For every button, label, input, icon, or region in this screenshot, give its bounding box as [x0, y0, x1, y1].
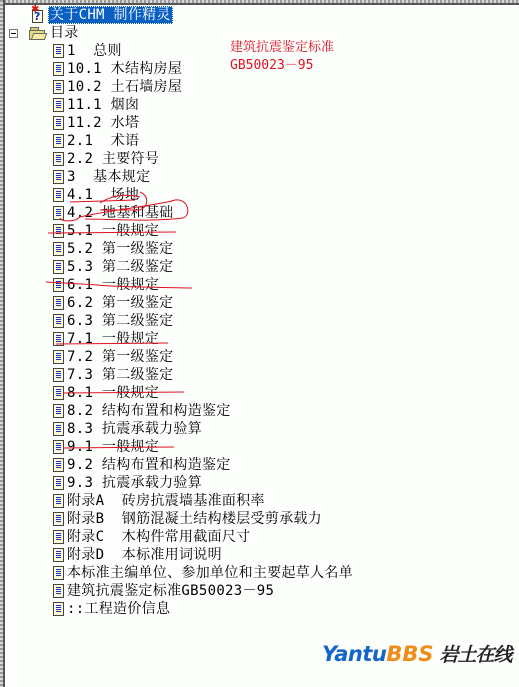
document-page-icon	[53, 566, 64, 580]
tree-item-page[interactable]: 10.1 木结构房屋	[53, 60, 182, 78]
tree-item-label: 附录D 本标准用词说明	[67, 546, 222, 564]
tree-item-label: 5.3 第二级鉴定	[67, 258, 173, 276]
tree-item-label: 6.2 第一级鉴定	[67, 294, 173, 312]
window-left-border	[0, 0, 5, 687]
tree-item-label: 9.3 抗震承载力验算	[67, 474, 202, 492]
tree-item-page[interactable]: 9.1 一般规定	[53, 438, 159, 456]
document-page-icon	[53, 314, 64, 328]
tree-item-page[interactable]: 1 总则	[53, 42, 122, 60]
document-page-icon	[53, 602, 64, 616]
tree-item-about[interactable]: ?✱ 关于CHM 制作精灵	[31, 6, 173, 24]
document-page-icon	[53, 116, 64, 130]
tree-item-label: 5.1 一般规定	[67, 222, 159, 240]
tree-item-label: 9.2 结构布置和构造鉴定	[67, 456, 231, 474]
tree-item-page[interactable]: 7.1 一般规定	[53, 330, 159, 348]
document-page-icon	[53, 476, 64, 490]
document-page-icon	[53, 260, 64, 274]
tree-item-label: 附录B 钢筋混凝土结构楼层受剪承载力	[67, 510, 322, 528]
tree-item-page[interactable]: 2.2 主要符号	[53, 150, 159, 168]
document-page-icon	[53, 134, 64, 148]
document-page-icon	[53, 530, 64, 544]
tree-item-label: 6.1 一般规定	[67, 276, 159, 294]
document-page-icon	[53, 440, 64, 454]
document-page-icon	[53, 332, 64, 346]
open-folder-icon	[29, 27, 46, 40]
tree-item-page[interactable]: 8.3 抗震承载力验算	[53, 420, 202, 438]
tree-item-page[interactable]: 附录D 本标准用词说明	[53, 546, 222, 564]
document-page-icon	[53, 80, 64, 94]
tree-item-label: 8.3 抗震承载力验算	[67, 420, 202, 438]
collapse-toggle-icon[interactable]	[9, 29, 18, 38]
tree-item-page[interactable]: 11.1 烟囱	[53, 96, 139, 114]
document-page-icon	[53, 170, 64, 184]
tree-item-label: 2.1 术语	[67, 132, 139, 150]
tree-item-page[interactable]: 建筑抗震鉴定标准GB50023－95	[53, 582, 274, 600]
tree-item-label: 1 总则	[67, 42, 122, 60]
tree-item-page[interactable]: ::工程造价信息	[53, 600, 170, 618]
tree-item-page[interactable]: 7.3 第二级鉴定	[53, 366, 173, 384]
tree-item-label: 9.1 一般规定	[67, 438, 159, 456]
tree-item-page[interactable]: 本标准主编单位、参加单位和主要起草人名单	[53, 564, 353, 582]
tree-item-label: 关于CHM 制作精灵	[48, 6, 173, 24]
document-page-icon	[53, 206, 64, 220]
tree-item-page[interactable]: 3 基本规定	[53, 168, 150, 186]
tree-item-page[interactable]: 2.1 术语	[53, 132, 139, 150]
annotation-title: 建筑抗震鉴定标准	[230, 40, 334, 56]
tree-item-page[interactable]: 8.2 结构布置和构造鉴定	[53, 402, 231, 420]
tree-item-page[interactable]: 8.1 一般规定	[53, 384, 159, 402]
tree-item-label: 4.1 场地	[67, 186, 139, 204]
tree-item-label: 11.1 烟囱	[67, 96, 139, 114]
tree-item-page[interactable]: 10.2 土石墙房屋	[53, 78, 182, 96]
tree-item-page[interactable]: 5.1 一般规定	[53, 222, 159, 240]
document-page-icon	[53, 386, 64, 400]
document-page-icon	[53, 350, 64, 364]
tree-item-label: 7.3 第二级鉴定	[67, 366, 173, 384]
tree-item-label: 3 基本规定	[67, 168, 150, 186]
tree-item-page[interactable]: 5.3 第二级鉴定	[53, 258, 173, 276]
document-page-icon	[53, 458, 64, 472]
tree-item-page[interactable]: 附录B 钢筋混凝土结构楼层受剪承载力	[53, 510, 322, 528]
tree-item-page[interactable]: 9.2 结构布置和构造鉴定	[53, 456, 231, 474]
tree-item-label: 8.1 一般规定	[67, 384, 159, 402]
tree-item-label: 2.2 主要符号	[67, 150, 159, 168]
tree-item-label: 附录A 砖房抗震墙基准面积率	[67, 492, 265, 510]
tree-item-page[interactable]: 6.2 第一级鉴定	[53, 294, 173, 312]
tree-item-page[interactable]: 11.2 水塔	[53, 114, 139, 132]
document-page-icon	[53, 98, 64, 112]
help-book-icon: ?✱	[31, 7, 45, 23]
document-page-icon	[53, 278, 64, 292]
tree-item-page[interactable]: 6.3 第二级鉴定	[53, 312, 173, 330]
document-page-icon	[53, 584, 64, 598]
tree-item-page[interactable]: 附录C 木构件常用截面尺寸	[53, 528, 251, 546]
tree-item-page[interactable]: 4.2 地基和基础	[53, 204, 173, 222]
tree-item-label: 7.2 第一级鉴定	[67, 348, 173, 366]
tree-item-label: 建筑抗震鉴定标准GB50023－95	[67, 582, 274, 600]
tree-item-label: 附录C 木构件常用截面尺寸	[67, 528, 251, 546]
document-page-icon	[53, 44, 64, 58]
tree-item-label: 本标准主编单位、参加单位和主要起草人名单	[67, 564, 353, 582]
tree-item-label: 5.2 第一级鉴定	[67, 240, 173, 258]
tree-item-page[interactable]: 5.2 第一级鉴定	[53, 240, 173, 258]
tree-item-page[interactable]: 4.1 场地	[53, 186, 139, 204]
document-page-icon	[53, 512, 64, 526]
tree-item-page[interactable]: 9.3 抗震承载力验算	[53, 474, 202, 492]
yantubbs-watermark-logo: Yantu BBS 岩土在线	[322, 640, 511, 667]
tree-item-label: 4.2 地基和基础	[67, 204, 173, 222]
tree-root-label: 目录	[50, 24, 79, 42]
document-page-icon	[53, 368, 64, 382]
window-top-border	[0, 0, 519, 5]
document-page-icon	[53, 242, 64, 256]
tree-item-root[interactable]: 目录	[29, 24, 79, 42]
annotation-code: GB50023－95	[230, 58, 313, 74]
document-page-icon	[53, 152, 64, 166]
tree-item-label: 10.1 木结构房屋	[67, 60, 182, 78]
tree-item-label: 11.2 水塔	[67, 114, 139, 132]
tree-item-page[interactable]: 6.1 一般规定	[53, 276, 159, 294]
document-page-icon	[53, 548, 64, 562]
tree-item-label: 7.1 一般规定	[67, 330, 159, 348]
document-page-icon	[53, 188, 64, 202]
tree-item-label: ::工程造价信息	[67, 600, 170, 618]
document-page-icon	[53, 422, 64, 436]
tree-item-label: 8.2 结构布置和构造鉴定	[67, 402, 231, 420]
tree-item-page[interactable]: 附录A 砖房抗震墙基准面积率	[53, 492, 265, 510]
document-page-icon	[53, 296, 64, 310]
document-page-icon	[53, 62, 64, 76]
tree-item-label: 6.3 第二级鉴定	[67, 312, 173, 330]
tree-item-page[interactable]: 7.2 第一级鉴定	[53, 348, 173, 366]
document-page-icon	[53, 404, 64, 418]
document-page-icon	[53, 494, 64, 508]
document-page-icon	[53, 224, 64, 238]
tree-item-label: 10.2 土石墙房屋	[67, 78, 182, 96]
